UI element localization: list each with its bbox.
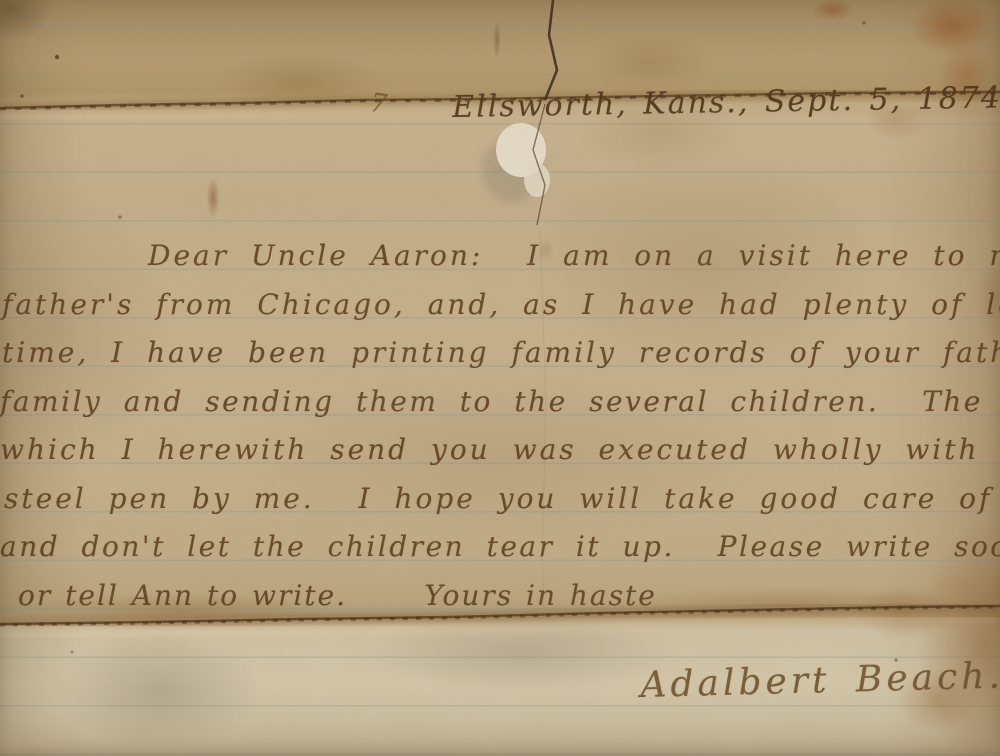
stray-mark: 7 bbox=[368, 90, 391, 118]
letter-line: and don't let the children tear it up. P… bbox=[0, 533, 1000, 561]
letter-line: time, I have been printing family record… bbox=[2, 339, 1000, 367]
handwriting: 7 Ellsworth, Kans., Sept. 5, 1874. Dear … bbox=[0, 0, 1000, 756]
letter-line: or tell Ann to write. Yours in haste bbox=[18, 582, 657, 610]
letter-line: family and sending them to the several c… bbox=[0, 388, 1000, 416]
dateline: Ellsworth, Kans., Sept. 5, 1874. bbox=[452, 83, 1000, 123]
letter-line: which I herewith send you was executed w… bbox=[0, 436, 1000, 464]
letter-line: steel pen by me. I hope you will take go… bbox=[4, 485, 1000, 513]
letter-line: father's from Chicago, and, as I have ha… bbox=[2, 291, 1000, 319]
letter-photo: 7 Ellsworth, Kans., Sept. 5, 1874. Dear … bbox=[0, 0, 1000, 756]
letter-line: Dear Uncle Aaron: I am on a visit here t… bbox=[148, 242, 1000, 270]
signature: Adalbert Beach. bbox=[640, 658, 1000, 704]
